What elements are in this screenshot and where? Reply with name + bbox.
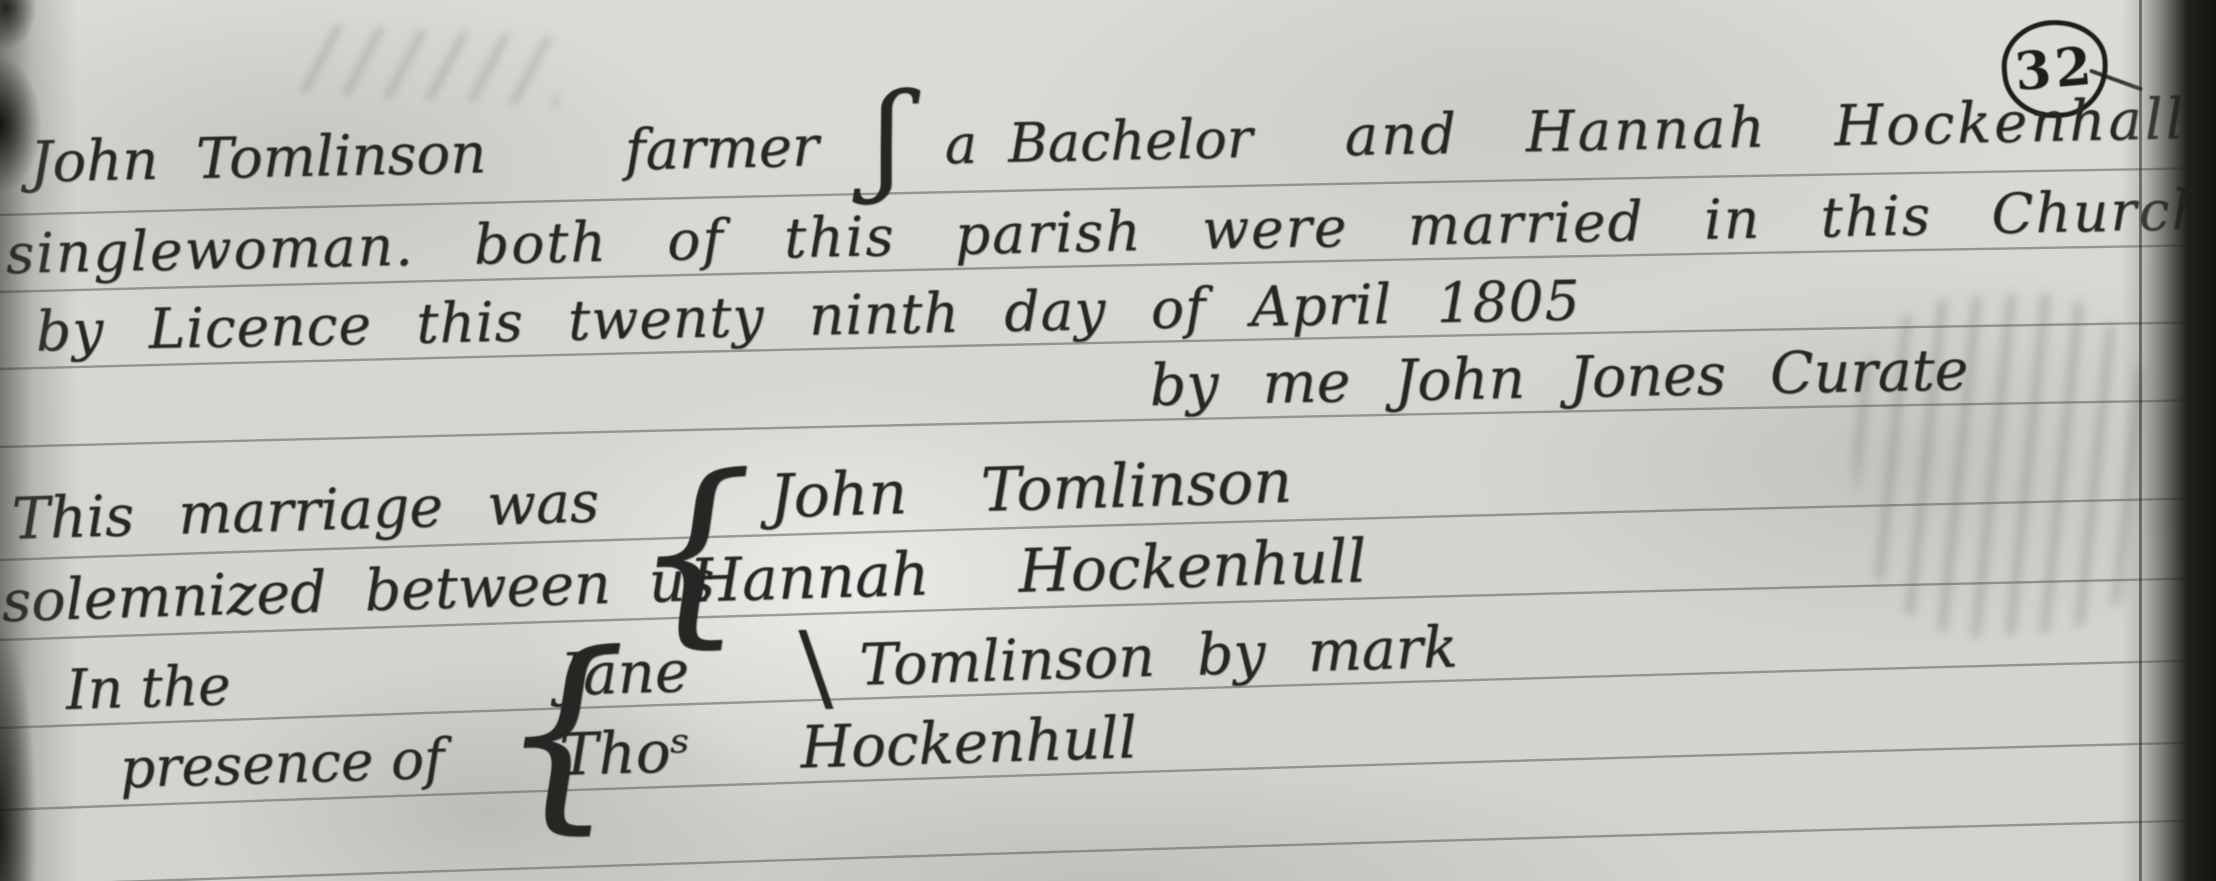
witness-2-signature: Thoˢ Hockenhull (558, 691, 1138, 801)
groom-status: a Bachelor (944, 93, 1254, 191)
witness-brace: { (494, 626, 634, 838)
officiant-signature: by me John Jones Curate (1149, 324, 1969, 432)
register-page-scan: 32 John Tomlinson farmer a Bachelor and … (0, 0, 2216, 881)
witness-1-mark-stroke: \ (798, 621, 833, 714)
groom-occupation: farmer (624, 102, 820, 198)
groom-name: John Tomlinson (29, 108, 487, 209)
witness-text-2: presence of (118, 712, 445, 814)
pen-stroke-divider: ʃ (870, 77, 906, 196)
